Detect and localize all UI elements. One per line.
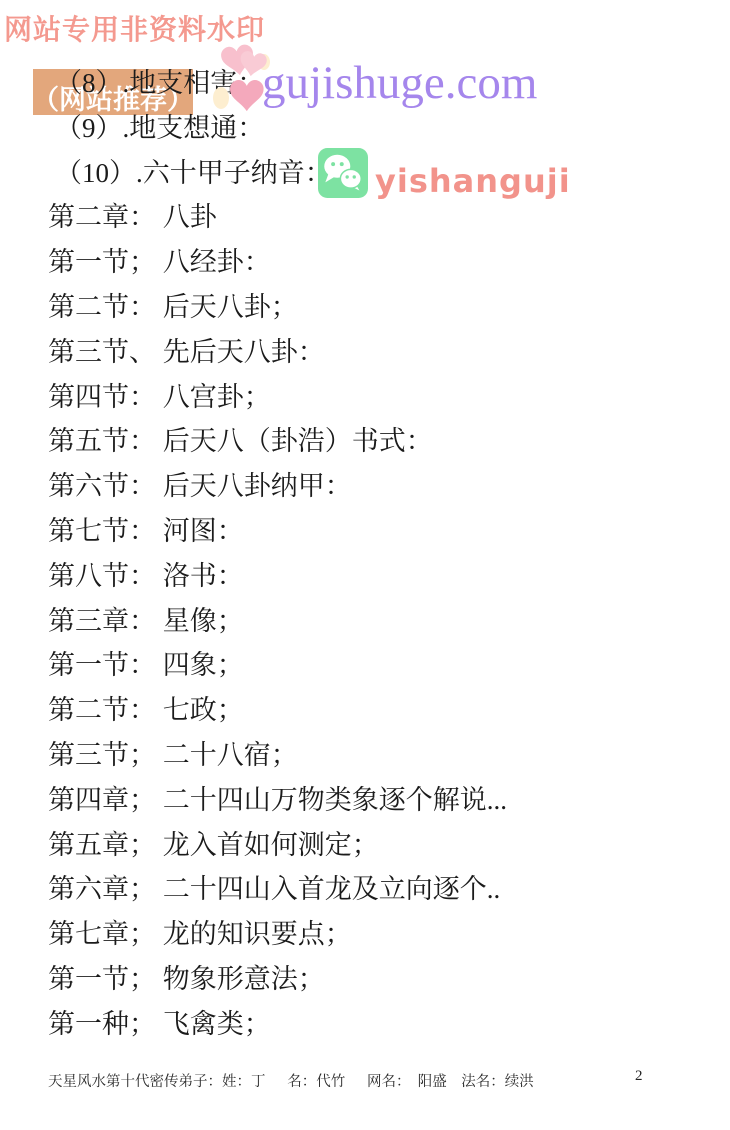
- toc-line: 第七章； 龙的知识要点；: [48, 912, 720, 957]
- wechat-id-text: yishanguji: [375, 155, 571, 197]
- toc-line: 第六节： 后天八卦纳甲：: [48, 464, 720, 509]
- toc-line: 第二节： 后天八卦；: [48, 285, 720, 330]
- top-watermark-text: 网站专用非资料水印: [4, 8, 265, 48]
- page-number: 2: [635, 1068, 643, 1085]
- footer-author-line: 天星风水第十代密传弟子：姓：丁 名：代竹 网名： 阳盛 法名：续洪: [48, 1070, 534, 1091]
- toc-line: 第三节； 二十八宿；: [48, 733, 720, 778]
- toc-line: （9）.地支想通：: [48, 106, 720, 151]
- toc-line: 第一节； 八经卦：: [48, 240, 720, 285]
- wechat-icon: [318, 148, 368, 203]
- toc-line: 第八节： 洛书：: [48, 554, 720, 599]
- toc-line: 第二节： 七政；: [48, 688, 720, 733]
- toc-line: 第三节、 先后天八卦：: [48, 330, 720, 375]
- toc-line: 第一种； 飞禽类；: [48, 1002, 720, 1047]
- toc-line: 第七节： 河图：: [48, 509, 720, 554]
- toc-line: 第一节； 物象形意法；: [48, 957, 720, 1002]
- toc-line: 第四章； 二十四山万物类象逐个解说...: [48, 778, 720, 823]
- wechat-contact-watermark: yishanguji: [318, 148, 571, 203]
- toc-line: 第三章： 星像；: [48, 599, 720, 644]
- toc-line: 第六章； 二十四山入首龙及立向逐个..: [48, 867, 720, 912]
- toc-line: （8）.地支相害：: [48, 61, 720, 106]
- table-of-contents: （8）.地支相害： （9）.地支想通： （10）.六十甲子纳音： 第二章： 八卦…: [48, 61, 720, 1047]
- toc-line: 第一节： 四象；: [48, 643, 720, 688]
- toc-line: 第五节： 后天八（卦浩）书式：: [48, 419, 720, 464]
- toc-line: 第五章； 龙入首如何测定；: [48, 823, 720, 868]
- toc-line: 第四节： 八宫卦；: [48, 375, 720, 420]
- hearts-icon: [212, 42, 276, 127]
- document-page: 网站专用非资料水印 （网站推荐） gujishuge.com （8）.地支相害：…: [0, 0, 730, 1130]
